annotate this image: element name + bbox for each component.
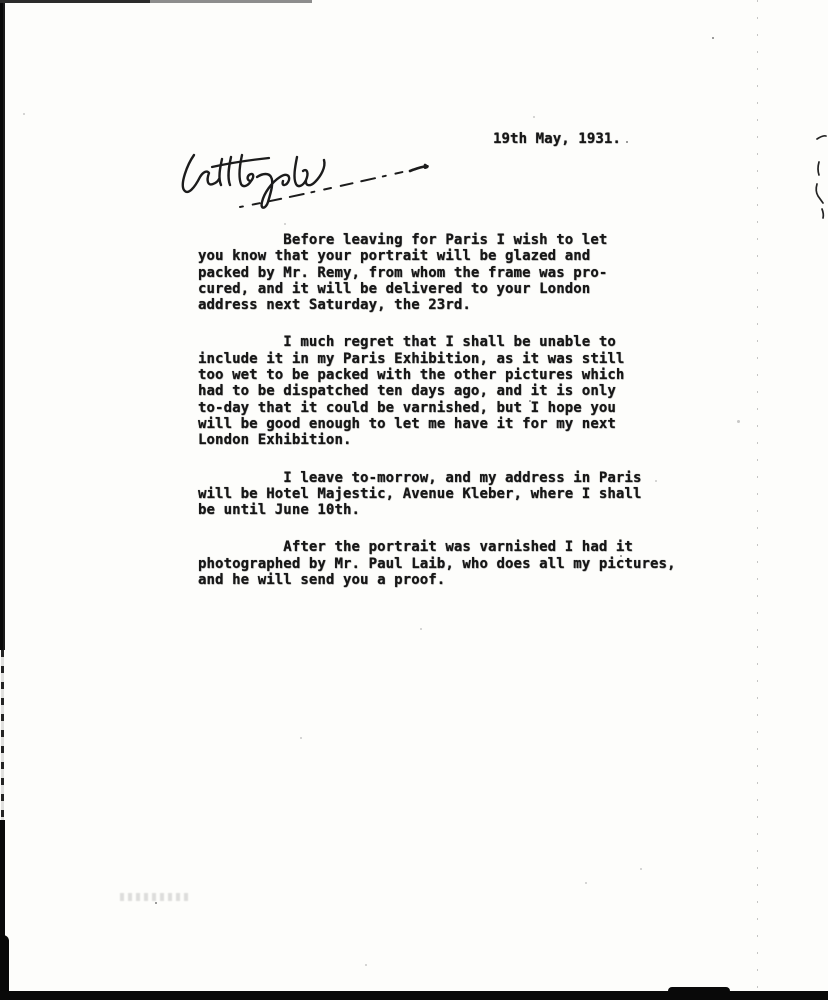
- paragraph-4: After the portrait was varnished I had i…: [198, 539, 678, 588]
- scan-edge-top-strip: [0, 0, 312, 3]
- scan-edge-bottom-taper: [0, 993, 420, 995]
- scan-edge-left-broken: [1, 650, 4, 820]
- scan-speck: [365, 964, 367, 966]
- handwritten-annotation: [178, 146, 478, 218]
- paper-fold-line: [757, 0, 758, 1000]
- scan-speck: [284, 223, 286, 225]
- scan-speck: [529, 400, 531, 402]
- paragraph-2: I much regret that I shall be unable to …: [198, 334, 678, 448]
- scan-speck: [712, 37, 714, 39]
- scan-speck: [640, 868, 642, 870]
- scan-speck: [620, 555, 622, 557]
- scan-speck: [155, 902, 157, 904]
- scan-edge-bottom-bump: [668, 987, 730, 993]
- paragraph-3: I leave to-morrow, and my address in Par…: [198, 470, 678, 519]
- scan-speck: [585, 882, 587, 884]
- paragraph-1: Before leaving for Paris I wish to let y…: [198, 232, 678, 313]
- scan-edge-left-bar: [0, 0, 5, 650]
- scan-ghost-smudge: [120, 893, 192, 901]
- scan-speck: [533, 116, 535, 118]
- scan-speck: [626, 141, 628, 143]
- scan-speck: [655, 480, 657, 482]
- scan-speck: [300, 737, 302, 739]
- date-line: 19th May, 1931.: [493, 131, 621, 147]
- scanned-letter-page: 19th May, 1931. Before leaving for Paris…: [0, 0, 828, 1000]
- letter-body: Before leaving for Paris I wish to let y…: [198, 232, 678, 609]
- scan-speck: [420, 628, 422, 630]
- scan-mark-right-edge: [806, 132, 828, 237]
- scan-speck: [23, 113, 25, 115]
- scan-speck: [737, 420, 740, 423]
